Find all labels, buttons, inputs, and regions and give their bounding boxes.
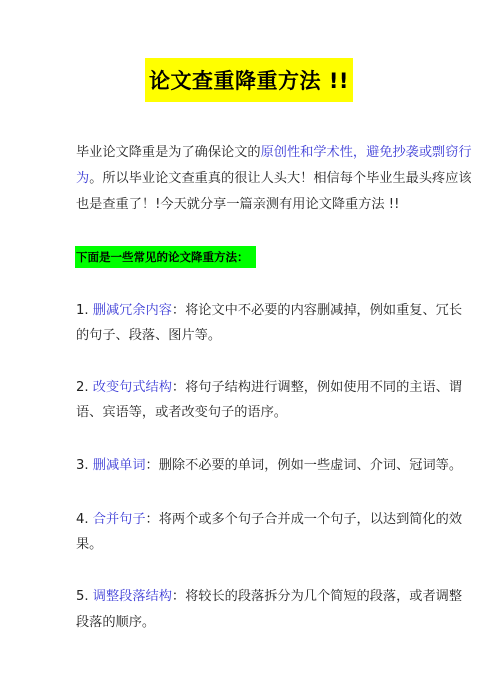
intro-highlight-text: 为 bbox=[76, 171, 89, 186]
section-heading: 下面是一些常见的论文降重方法： bbox=[75, 249, 249, 265]
method-number: 4. bbox=[76, 512, 89, 527]
method-description: ：将句子结构进行调整，例如使用不同的主语、谓 bbox=[172, 380, 462, 395]
method-description: 语、宾语等，或者改变句子的语序。 bbox=[76, 405, 287, 420]
method-line: 3. 删减单词：删除不必要的单词，例如一些虚词、介词、冠词等。 bbox=[76, 456, 436, 476]
method-name: 删减单词 bbox=[93, 458, 146, 473]
intro-highlight-text: 原创性和学术性，避免抄袭或剽窃行 bbox=[261, 145, 472, 160]
method-description: 果。 bbox=[76, 537, 102, 552]
method-line: 段落的顺序。 bbox=[76, 613, 436, 633]
intro-text: 。所以毕业论文查重真的很让人头大！相信每个毕业生最头疼应该 bbox=[89, 171, 471, 186]
title-highlight: 论文查重降重方法 !! bbox=[145, 58, 353, 102]
method-number: 5. bbox=[76, 589, 89, 604]
method-name: 调整段落结构 bbox=[93, 589, 172, 604]
intro-text: 毕业论文降重是为了确保论文的 bbox=[76, 145, 261, 160]
intro-line-2: 为。所以毕业论文查重真的很让人头大！相信每个毕业生最头疼应该 bbox=[76, 169, 436, 189]
method-line: 语、宾语等，或者改变句子的语序。 bbox=[76, 403, 436, 423]
method-number: 2. bbox=[76, 380, 89, 395]
method-description: 段落的顺序。 bbox=[76, 615, 155, 630]
method-description: ：将两个或多个句子合并成一个句子，以达到简化的效 bbox=[146, 512, 463, 527]
method-line: 果。 bbox=[76, 535, 436, 555]
method-line: 2. 改变句式结构：将句子结构进行调整，例如使用不同的主语、谓 bbox=[76, 378, 436, 398]
intro-line-1: 毕业论文降重是为了确保论文的原创性和学术性，避免抄袭或剽窃行 bbox=[76, 143, 436, 163]
method-name: 改变句式结构 bbox=[93, 380, 172, 395]
section-heading-highlight: 下面是一些常见的论文降重方法： bbox=[75, 246, 256, 268]
method-description: ：将论文中不必要的内容删减掉，例如重复、冗长 bbox=[172, 303, 462, 318]
method-description: ：删除不必要的单词，例如一些虚词、介词、冠词等。 bbox=[146, 458, 463, 473]
method-line: 1. 删减冗余内容：将论文中不必要的内容删减掉，例如重复、冗长 bbox=[76, 301, 436, 321]
method-number: 3. bbox=[76, 458, 89, 473]
method-line: 5. 调整段落结构：将较长的段落拆分为几个简短的段落，或者调整 bbox=[76, 587, 436, 607]
method-number: 1. bbox=[76, 303, 89, 318]
page-title: 论文查重降重方法 !! bbox=[149, 65, 349, 95]
method-line: 的句子、段落、图片等。 bbox=[76, 326, 436, 346]
method-description: 的句子、段落、图片等。 bbox=[76, 328, 221, 343]
intro-text: 也是查重了！!今天就分享一篇亲测有用论文降重方法 !! bbox=[76, 197, 399, 212]
method-name: 删减冗余内容 bbox=[93, 303, 172, 318]
intro-line-3: 也是查重了！!今天就分享一篇亲测有用论文降重方法 !! bbox=[76, 195, 436, 215]
method-line: 4. 合并句子：将两个或多个句子合并成一个句子，以达到简化的效 bbox=[76, 510, 436, 530]
method-description: ：将较长的段落拆分为几个简短的段落，或者调整 bbox=[172, 589, 462, 604]
method-name: 合并句子 bbox=[93, 512, 146, 527]
